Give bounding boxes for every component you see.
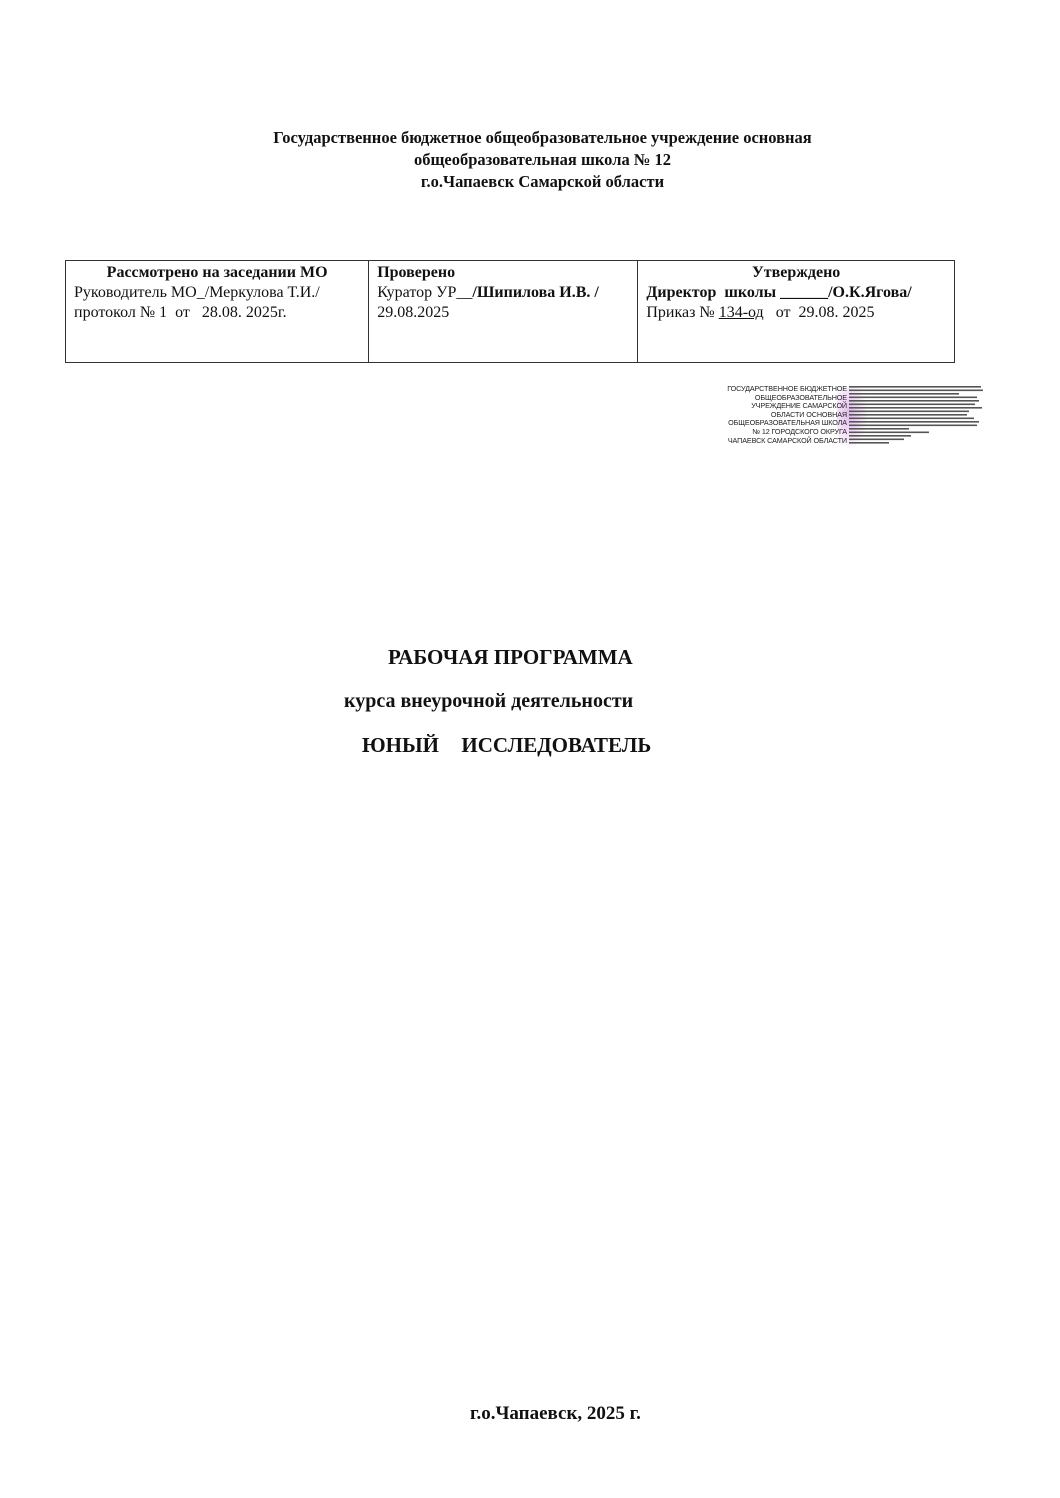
signature-org-line: ЧАПАЕВСК САМАРСКОЙ ОБЛАСТИ	[709, 437, 847, 446]
course-name: ЮНЫЙ ИССЛЕДОВАТЕЛЬ	[362, 733, 651, 758]
approved-director: Директор школы ______/О.К.Ягова/	[646, 283, 946, 303]
reviewed-protocol: протокол № 1 от 28.08. 2025г.	[74, 303, 360, 323]
school-header: Государственное бюджетное общеобразовате…	[0, 127, 1060, 193]
approved-order: Приказ № 134-од от 29.08. 2025	[646, 303, 946, 323]
header-line-3: г.о.Чапаевск Самарской области	[0, 171, 1060, 193]
header-line-2: общеобразовательная школа № 12	[0, 149, 1060, 171]
reviewed-head: Руководитель МО_/Меркулова Т.И./	[74, 283, 360, 303]
signature-details-text-lines	[849, 386, 984, 450]
program-subtitle: курса внеурочной деятельности	[344, 690, 633, 713]
reviewed-cell: Рассмотрено на заседании МО Руководитель…	[66, 261, 369, 363]
order-label: Приказ №	[646, 304, 718, 321]
approved-title: Утверждено	[646, 263, 946, 283]
checked-curator-label: Куратор УР__	[377, 284, 472, 301]
program-title: РАБОЧАЯ ПРОГРАММА	[388, 645, 633, 670]
reviewed-title: Рассмотрено на заседании МО	[74, 263, 360, 283]
checked-curator-name: /Шипилова И.В. /	[472, 284, 598, 301]
checked-title: Проверено	[377, 263, 629, 283]
footer-place-year: г.о.Чапаевск, 2025 г.	[470, 1403, 641, 1425]
header-line-1: Государственное бюджетное общеобразовате…	[0, 127, 1060, 149]
electronic-signature-stamp: ГОСУДАРСТВЕННОЕ БЮДЖЕТНОЕ ОБЩЕОБРАЗОВАТЕ…	[709, 385, 984, 450]
checked-cell: Проверено Куратор УР__/Шипилова И.В. / 2…	[369, 261, 638, 363]
checked-date: 29.08.2025	[377, 303, 629, 323]
signature-details-illegible	[849, 386, 984, 451]
order-date: от 29.08. 2025	[764, 304, 875, 321]
approved-cell: Утверждено Директор школы ______/О.К.Яго…	[638, 261, 955, 363]
order-number: 134-од	[719, 304, 764, 321]
checked-curator: Куратор УР__/Шипилова И.В. /	[377, 283, 629, 303]
approval-table: Рассмотрено на заседании МО Руководитель…	[65, 260, 955, 363]
signature-organization: ГОСУДАРСТВЕННОЕ БЮДЖЕТНОЕ ОБЩЕОБРАЗОВАТЕ…	[709, 385, 847, 445]
